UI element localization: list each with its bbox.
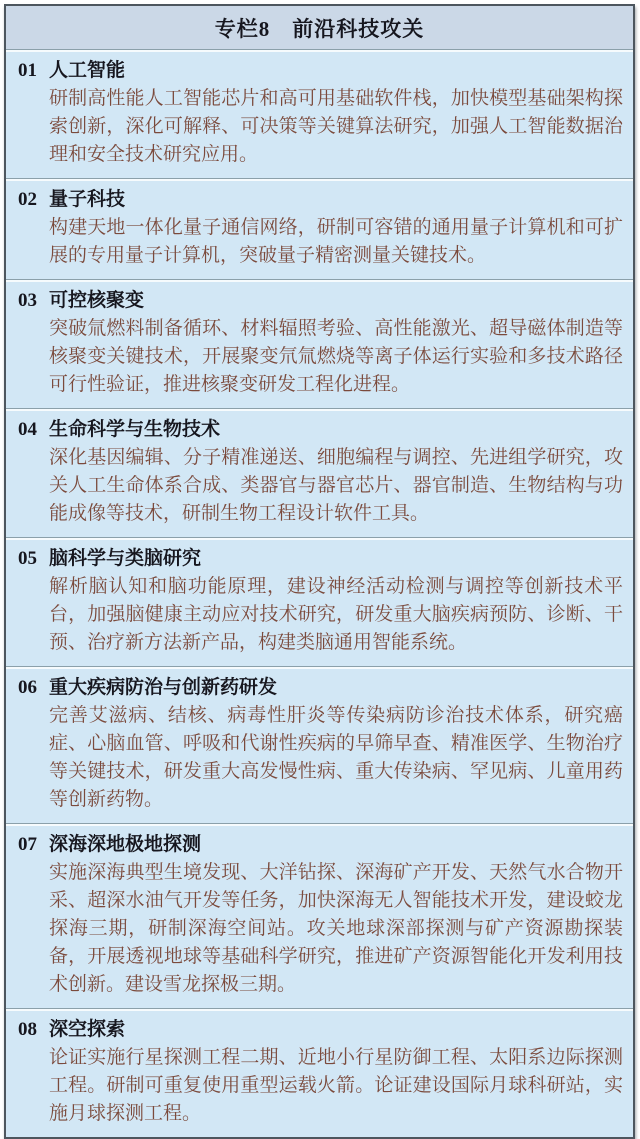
section-row-08: 08 深空探索 论证实施行星探测工程二期、近地小行星防御工程、太阳系边际探测工程… (6, 1008, 633, 1137)
section-row-06: 06 重大疾病防治与创新药研发 完善艾滋病、结核、病毒性肝炎等传染病防诊治技术体… (6, 666, 633, 823)
section-number: 04 (18, 416, 49, 443)
section-row-05: 05 脑科学与类脑研究 解析脑认知和脑功能原理，建设神经活动检测与调控等创新技术… (6, 537, 633, 666)
section-title: 深空探索 (49, 1016, 623, 1043)
section-number: 02 (18, 186, 49, 213)
section-title: 量子科技 (49, 186, 623, 213)
section-title: 可控核聚变 (49, 287, 623, 314)
box-title: 专栏8 前沿科技攻关 (6, 6, 633, 49)
document-page: 专栏8 前沿科技攻关 01 人工智能 研制高性能人工智能芯片和高可用基础软件栈，… (0, 0, 640, 989)
section-number: 08 (18, 1016, 49, 1043)
section-body: 完善艾滋病、结核、病毒性肝炎等传染病防诊治技术体系，研究癌症、心脑血管、呼吸和代… (49, 702, 623, 814)
section-head: 05 脑科学与类脑研究 (18, 545, 623, 572)
section-title: 人工智能 (49, 57, 623, 84)
section-body: 深化基因编辑、分子精准递送、细胞编程与调控、先进组学研究，攻关人工生命体系合成、… (49, 444, 623, 528)
section-head: 03 可控核聚变 (18, 287, 623, 314)
section-head: 07 深海深地极地探测 (18, 831, 623, 858)
section-row-07: 07 深海深地极地探测 实施深海典型生境发现、大洋钻探、深海矿产开发、天然气水合… (6, 823, 633, 1008)
section-head: 08 深空探索 (18, 1016, 623, 1043)
section-row-03: 03 可控核聚变 突破氚燃料制备循环、材料辐照考验、高性能激光、超导磁体制造等核… (6, 279, 633, 408)
section-number: 07 (18, 831, 49, 858)
section-head: 06 重大疾病防治与创新药研发 (18, 674, 623, 701)
section-number: 06 (18, 674, 49, 701)
section-body: 论证实施行星探测工程二期、近地小行星防御工程、太阳系边际探测工程。研制可重复使用… (49, 1044, 623, 1128)
section-body: 实施深海典型生境发现、大洋钻探、深海矿产开发、天然气水合物开采、超深水油气开发等… (49, 859, 623, 999)
section-row-01: 01 人工智能 研制高性能人工智能芯片和高可用基础软件栈，加快模型基础架构探索创… (6, 49, 633, 178)
section-number: 03 (18, 287, 49, 314)
section-head: 02 量子科技 (18, 186, 623, 213)
section-title: 深海深地极地探测 (49, 831, 623, 858)
column-box: 专栏8 前沿科技攻关 01 人工智能 研制高性能人工智能芯片和高可用基础软件栈，… (4, 4, 635, 1139)
section-head: 04 生命科学与生物技术 (18, 416, 623, 443)
section-head: 01 人工智能 (18, 57, 623, 84)
section-body: 突破氚燃料制备循环、材料辐照考验、高性能激光、超导磁体制造等核聚变关键技术，开展… (49, 315, 623, 399)
section-body: 构建天地一体化量子通信网络，研制可容错的通用量子计算机和可扩展的专用量子计算机，… (49, 214, 623, 270)
section-body: 研制高性能人工智能芯片和高可用基础软件栈，加快模型基础架构探索创新，深化可解释、… (49, 85, 623, 169)
section-row-02: 02 量子科技 构建天地一体化量子通信网络，研制可容错的通用量子计算机和可扩展的… (6, 178, 633, 279)
section-number: 05 (18, 545, 49, 572)
section-body: 解析脑认知和脑功能原理，建设神经活动检测与调控等创新技术平台，加强脑健康主动应对… (49, 573, 623, 657)
section-title: 生命科学与生物技术 (49, 416, 623, 443)
section-title: 脑科学与类脑研究 (49, 545, 623, 572)
section-number: 01 (18, 57, 49, 84)
section-row-04: 04 生命科学与生物技术 深化基因编辑、分子精准递送、细胞编程与调控、先进组学研… (6, 408, 633, 537)
section-title: 重大疾病防治与创新药研发 (49, 674, 623, 701)
